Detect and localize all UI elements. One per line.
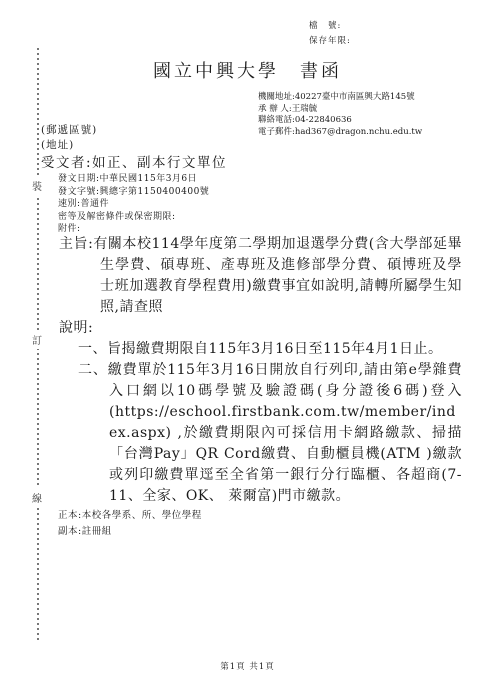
official-letter-page: 裝 訂 線 檔 號: 保存年限: 國立中興大學 書函 機關地址:40227臺中市… bbox=[0, 0, 495, 700]
page-number-footer: 第1頁 共1頁 bbox=[0, 660, 495, 672]
description-item-1: 一、旨揭繳費期限自115年3月16日至115年4月1日止。 bbox=[78, 339, 462, 360]
subject-text: 有關本校114學年度第二學期加退選學分費(含大學部延畢生學費、碩專班、產專班及進… bbox=[93, 236, 462, 315]
agency-email: 電子郵件:had367@dragon.nchu.edu.tw bbox=[258, 127, 422, 139]
agency-address: 機關地址:40227臺中市南區興大路145號 bbox=[258, 92, 422, 104]
original-recipients: 正本:本校各學系、所、學位學程 bbox=[58, 508, 202, 524]
description-item-2: 二、繳費單於115年3月16日開放自行列印,請由第e學雜費入口網以10碼學號及驗… bbox=[78, 360, 462, 507]
file-number-block: 檔 號: 保存年限: bbox=[309, 19, 351, 49]
binding-char-xian: 線 bbox=[30, 488, 44, 507]
speed-class: 速別:普通件 bbox=[58, 198, 209, 211]
distribution-block: 正本:本校各學系、所、學位學程 副本:註冊組 bbox=[58, 508, 202, 540]
recipient-line: 受文者:如正、副本行文單位 bbox=[41, 151, 227, 171]
binding-char-ding: 訂 bbox=[30, 330, 44, 349]
security-classification: 密等及解密條件或保密期限: bbox=[58, 211, 209, 224]
agency-contact-person: 承 辦 人:王瑞毓 bbox=[258, 104, 422, 116]
item-2-text: 繳費單於115年3月16日開放自行列印,請由第e學雜費入口網以10碼學號及驗證碼… bbox=[108, 362, 462, 504]
document-number: 發文字號:興總字第1150400400號 bbox=[58, 186, 209, 199]
item-2-number: 二、 bbox=[78, 362, 108, 378]
description-label: 說明: bbox=[59, 318, 462, 339]
file-number-label: 檔 號: bbox=[309, 19, 351, 34]
agency-info-block: 機關地址:40227臺中市南區興大路145號 承 辦 人:王瑞毓 聯絡電話:04… bbox=[258, 92, 422, 138]
item-1-text: 旨揭繳費期限自115年3月16日至115年4月1日止。 bbox=[107, 341, 442, 357]
agency-phone: 聯絡電話:04-22840636 bbox=[258, 115, 422, 127]
document-title: 國立中興大學 書函 bbox=[0, 57, 495, 83]
binding-char-zhuang: 裝 bbox=[30, 176, 44, 195]
retention-period-label: 保存年限: bbox=[309, 34, 351, 49]
recipient-zip-placeholder: (郵遞區號) bbox=[41, 122, 97, 137]
subject-paragraph: 主旨:有關本校114學年度第二學期加退選學分費(含大學部延畢生學費、碩專班、產專… bbox=[59, 234, 462, 318]
item-1-number: 一、 bbox=[78, 341, 107, 357]
copy-recipients: 副本:註冊組 bbox=[58, 524, 202, 540]
document-meta-block: 發文日期:中華民國115年3月6日 發文字號:興總字第1150400400號 速… bbox=[58, 173, 209, 236]
issue-date: 發文日期:中華民國115年3月6日 bbox=[58, 173, 209, 186]
recipient-address-placeholder: (地址) bbox=[41, 137, 74, 152]
description-section: 說明: 一、旨揭繳費期限自115年3月16日至115年4月1日止。 二、繳費單於… bbox=[59, 318, 462, 507]
subject-label: 主旨: bbox=[59, 236, 93, 252]
